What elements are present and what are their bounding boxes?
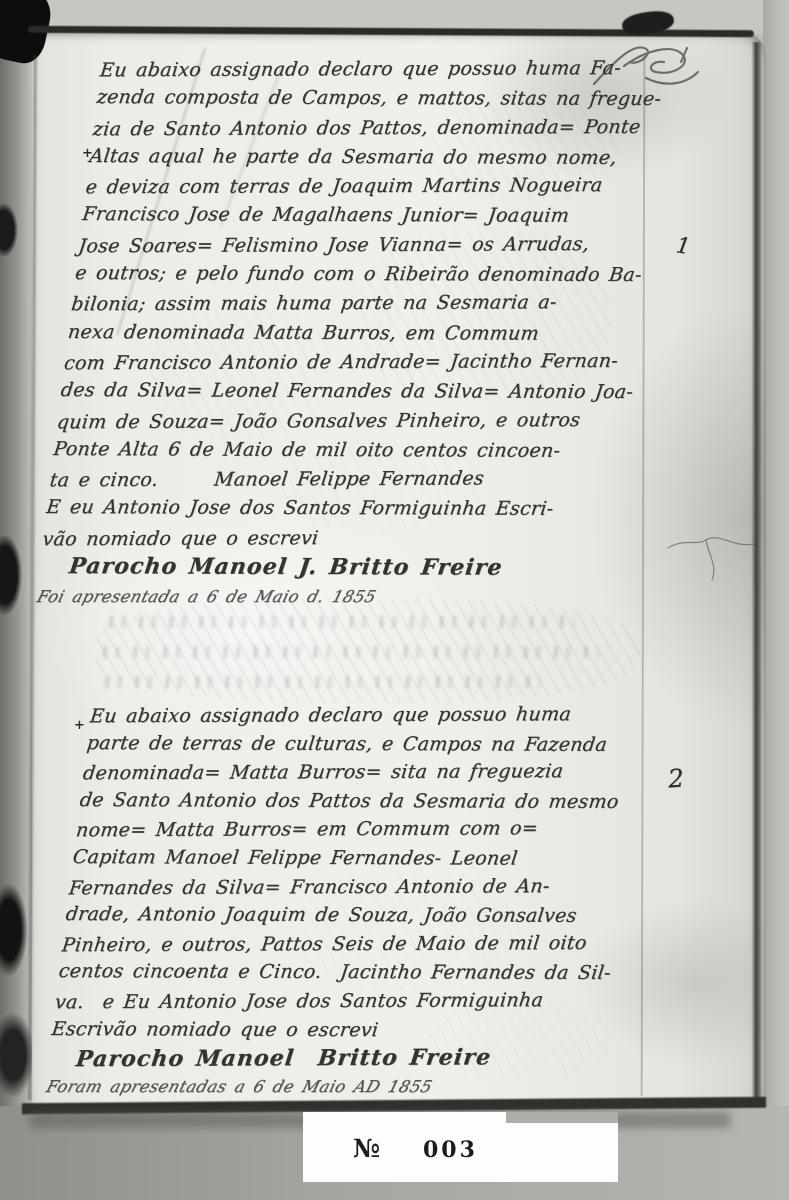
manuscript-line: zenda composta de Campos, e mattos, sita… — [95, 83, 678, 114]
manuscript-line: Jose Soares= Felismino Jose Vianna= os A… — [77, 230, 661, 262]
signature-line: Parocho Manoel J. Britto Freire — [37, 552, 620, 583]
manuscript-line: E eu Antonio Jose dos Santos Formiguinha… — [45, 493, 628, 524]
manuscript-line: Pinheiro, e outros, Pattos Seis de Maio … — [60, 929, 634, 960]
bleedthrough-ghost-line — [98, 646, 598, 658]
manuscript-line: e outros; e pelo fundo com o Ribeirão de… — [73, 259, 656, 290]
manuscript-line: Francisco Jose de Magalhaens Junior= Joa… — [80, 200, 663, 231]
manuscript-line: zia de Santo Antonio dos Pattos, denomin… — [91, 112, 675, 144]
manuscript-line: centos cincoenta e Cinco. Jacintho Ferna… — [57, 957, 630, 988]
manuscript-line: Eu abaixo assignado declaro que possuo h… — [98, 54, 682, 86]
declaration-entry-1: Eu abaixo assignado declaro que possuo h… — [34, 55, 682, 612]
archive-number-label: № 003 — [303, 1112, 618, 1182]
manuscript-line: des da Silva= Leonel Fernandes da Silva=… — [59, 376, 642, 407]
manuscript-line: va. e Eu Antonio Jose dos Santos Formigu… — [53, 986, 627, 1017]
numero-sign: № — [353, 1134, 380, 1163]
manuscript-line: Fernandes da Silva= Francisco Antonio de… — [67, 871, 641, 902]
bleedthrough-ghost-line — [100, 676, 540, 688]
presentation-note: Foi apresentada a 6 de Maio d. 1855 — [31, 582, 619, 611]
manuscript-line: e deviza com terras de Joaquim Martins N… — [84, 171, 668, 203]
label-notch — [506, 1112, 618, 1123]
manuscript-line: nome= Matta Burros= em Commum com o= — [74, 814, 648, 845]
manuscript-line: drade, Antonio Joaquim de Souza, João Go… — [64, 900, 637, 931]
scan-background-right — [763, 0, 789, 1200]
manuscript-line: ta e cinco. Manoel Felippe Fernandes — [48, 464, 632, 496]
paper-crack — [662, 518, 762, 588]
scanned-manuscript-page: Eu abaixo assignado declaro que possuo h… — [0, 0, 789, 1200]
manuscript-line: denominada= Matta Burros= sita na fregue… — [81, 757, 655, 788]
manuscript-line: nexa denominada Matta Burros, em Commum — [66, 318, 649, 349]
archive-number: 003 — [423, 1137, 478, 1163]
bleedthrough-ghost-line — [104, 616, 574, 628]
manuscript-line: Eu abaixo assignado declaro que possuo h… — [88, 700, 662, 731]
manuscript-line: Ponte Alta 6 de Maio de mil oito centos … — [52, 435, 635, 466]
margin-cross-mark: + — [82, 146, 93, 161]
manuscript-line: Escrivão nomiado que o escrevi — [50, 1015, 623, 1046]
manuscript-line: vão nomiado que o escrevi — [41, 522, 625, 554]
signature-line: Parocho Manoel Britto Freire — [46, 1043, 620, 1074]
declaration-entry-2: Eu abaixo assignado declaro que possuo h… — [43, 701, 662, 1101]
manuscript-line: Capitam Manoel Felippe Fernandes- Leonel — [71, 843, 644, 874]
manuscript-line: com Francisco Antonio de Andrade= Jacint… — [62, 347, 646, 379]
manuscript-line: parte de terras de culturas, e Campos na… — [85, 729, 658, 760]
margin-cross-mark: + — [74, 718, 85, 733]
manuscript-line: bilonia; assim mais huma parte na Sesmar… — [70, 288, 654, 320]
margin-entry-number-2: 2 — [667, 763, 685, 793]
manuscript-line: quim de Souza= João Gonsalves Pinheiro, … — [55, 405, 639, 437]
manuscript-line: de Santo Antonio dos Pattos da Sesmaria … — [78, 786, 651, 817]
presentation-note: Foram apresentadas a 6 de Maio AD 1855 — [41, 1073, 619, 1102]
manuscript-line: Altas aqual he parte da Sesmaria do mesm… — [88, 142, 671, 173]
book-binding — [0, 0, 32, 1200]
